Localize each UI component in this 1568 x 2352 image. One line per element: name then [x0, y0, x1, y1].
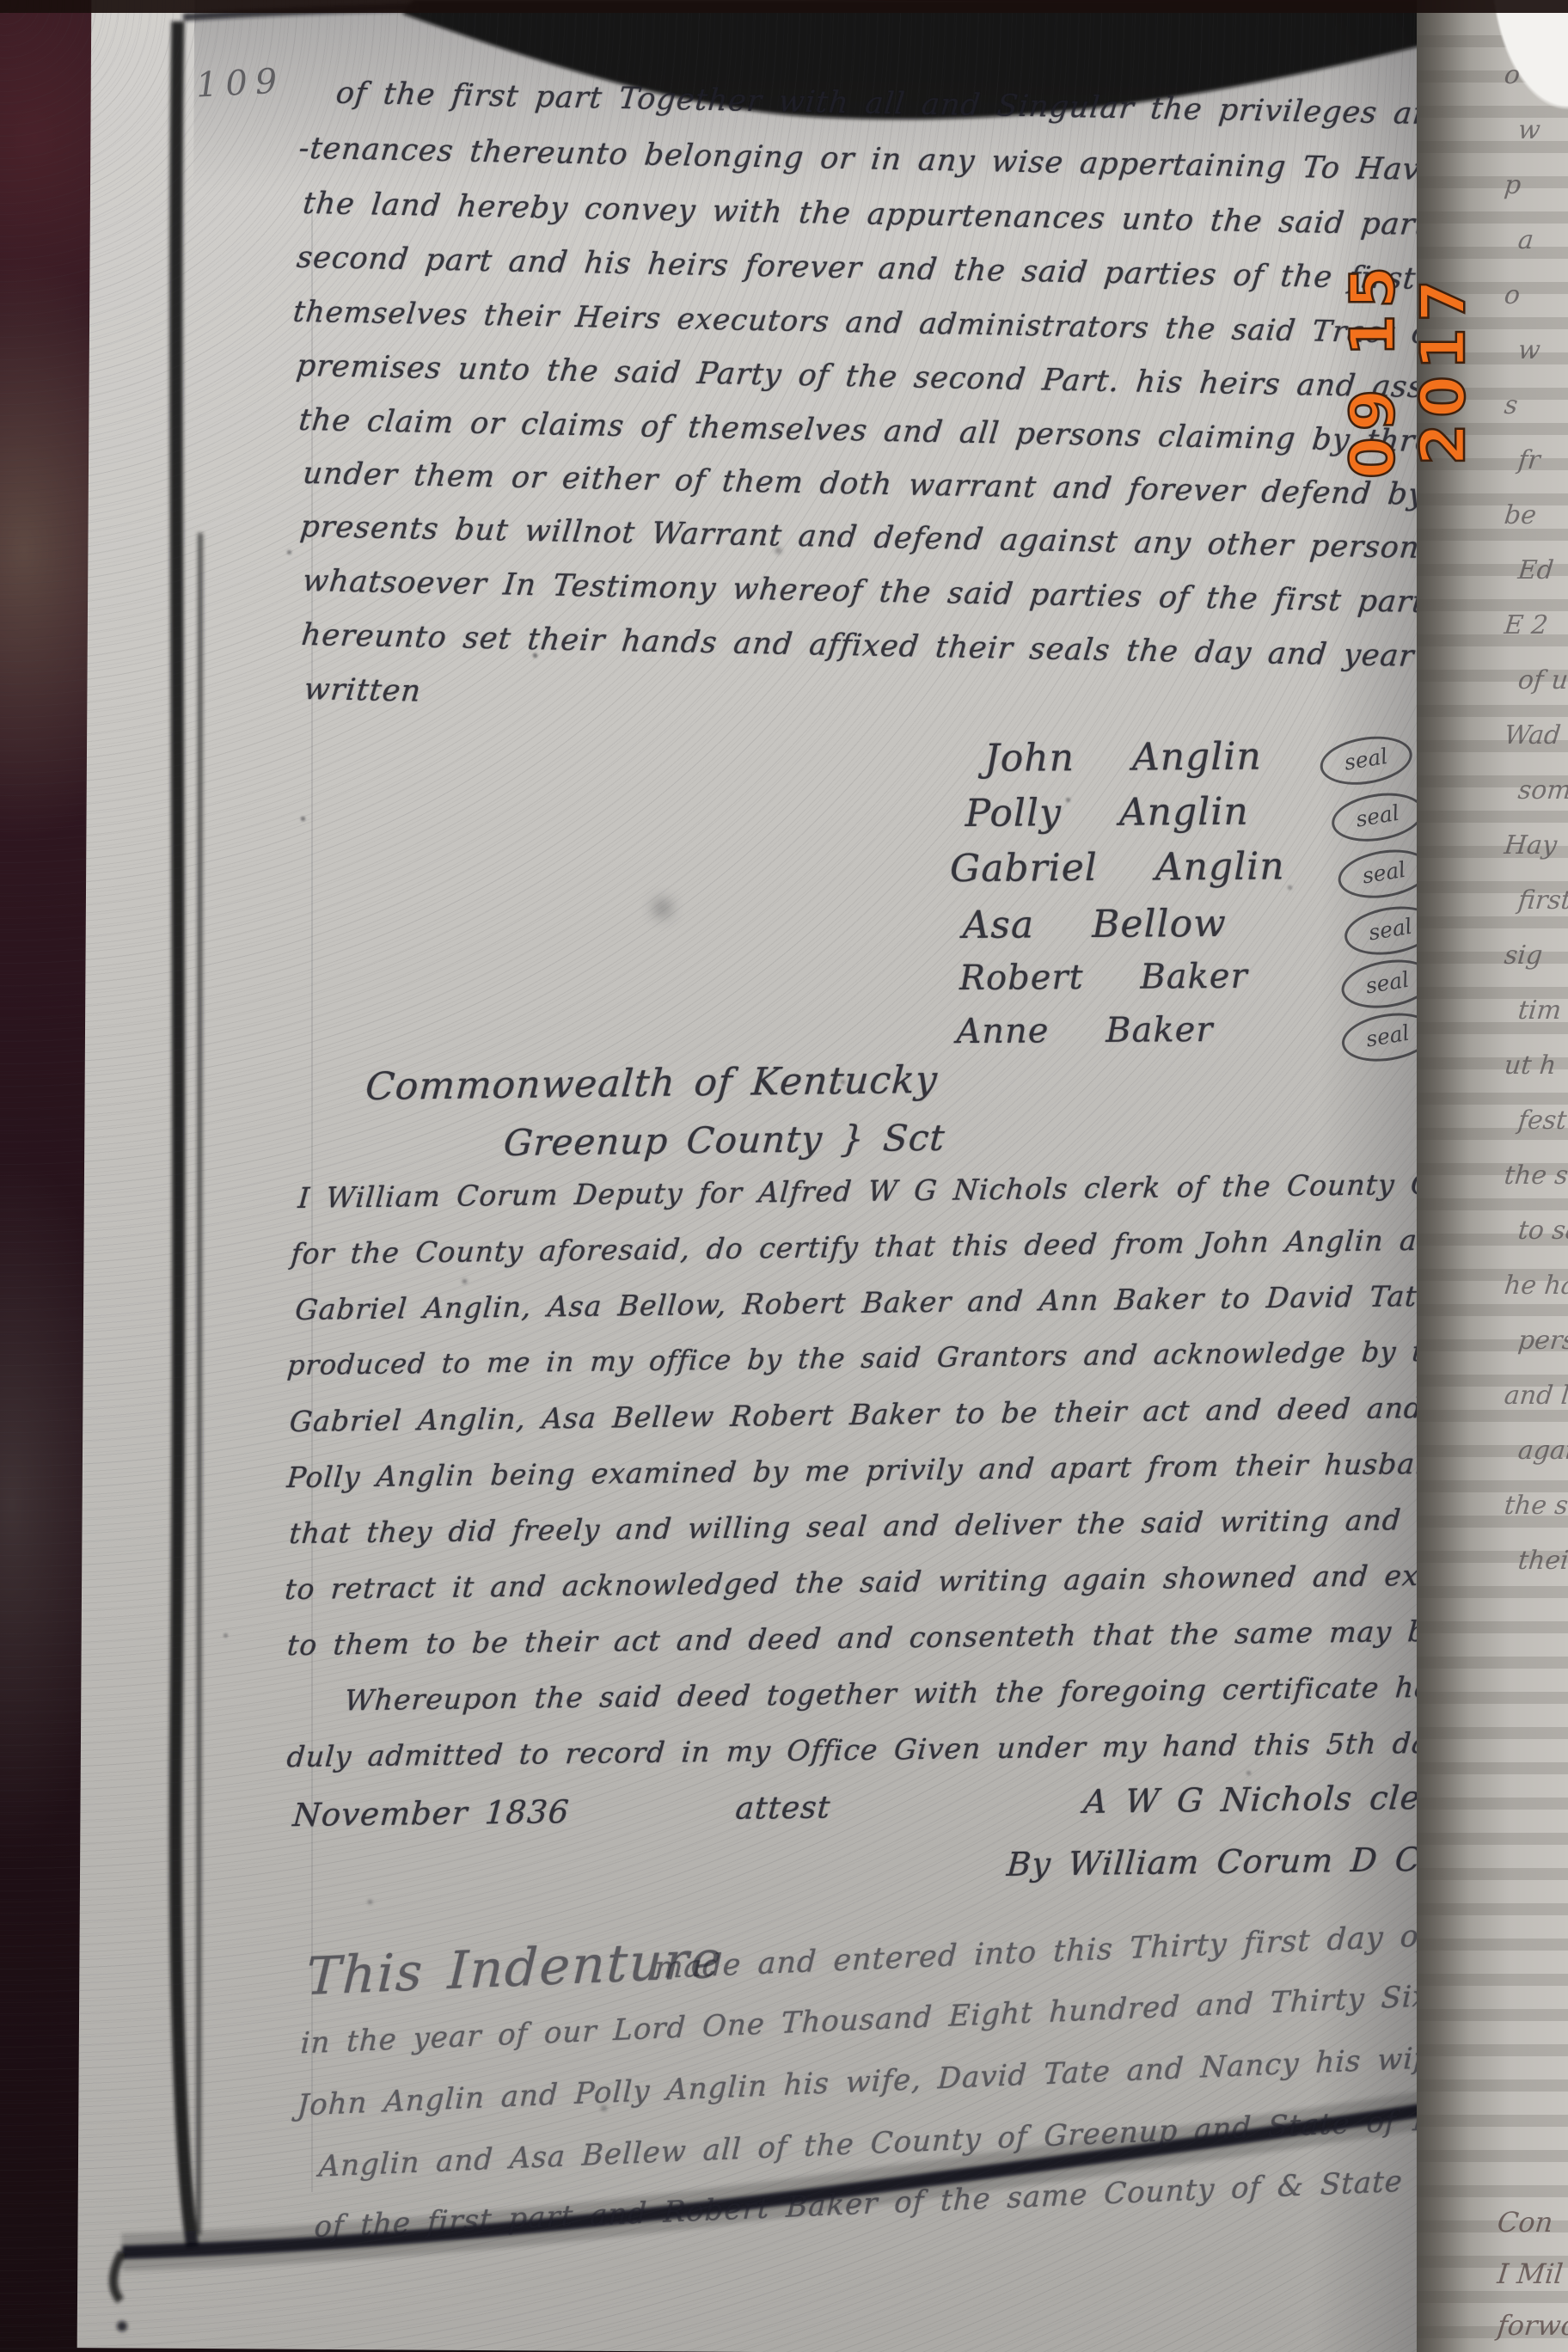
signatory-name: Polly Anglin — [965, 790, 1248, 836]
signatory-name: Gabriel Anglin — [950, 844, 1285, 891]
edge-fragment: the s — [1503, 1161, 1568, 1191]
edge-fragment: som — [1516, 775, 1568, 805]
edge-fragment: first — [1516, 885, 1568, 916]
signature-row: Asa Bellow — [962, 902, 1227, 947]
edge-fragment: Wad — [1503, 720, 1562, 750]
edge-fragment: again — [1516, 1436, 1568, 1466]
deputy-by-line: By William Corum D C — [1006, 1841, 1423, 1883]
signature-row: Anne Baker — [956, 1010, 1213, 1051]
edge-fragment: p — [1503, 170, 1522, 200]
edge-fragment: o — [1503, 60, 1522, 90]
clerk-signature: A W G Nichols clerk — [1082, 1778, 1459, 1820]
edge-fragment: Ed — [1516, 555, 1555, 585]
edge-fragment: and l — [1503, 1381, 1568, 1411]
edge-fragment: to sa — [1516, 1216, 1568, 1246]
deed-line: written — [303, 672, 424, 709]
signature-row: Robert Baker — [959, 957, 1248, 998]
certification-heading: Commonwealth of Kentucky — [364, 1058, 939, 1109]
edge-fragment: fr — [1516, 445, 1541, 475]
edge-fragment: w — [1516, 115, 1541, 145]
edge-fragment: o — [1503, 280, 1522, 310]
edge-fragment: he ha — [1503, 1271, 1568, 1301]
edge-fragment: E 2 — [1503, 610, 1549, 640]
date-stamp: 09 15 2017 — [1338, 172, 1479, 567]
edge-fragment: ut h — [1503, 1050, 1558, 1081]
photo-of-deed-book: 109 of the first part Together with all … — [0, 0, 1568, 2352]
edge-fragment: Hay — [1503, 830, 1559, 861]
edge-fragment: a — [1516, 225, 1535, 255]
left-ink-border — [175, 21, 193, 2247]
certification-date: November 1836 — [291, 1793, 571, 1834]
signatory-name: Robert Baker — [959, 957, 1248, 998]
edge-fragment: be — [1503, 500, 1538, 530]
edge-fragment: their — [1516, 1546, 1568, 1576]
signatory-name: Asa Bellow — [962, 902, 1227, 947]
edge-fragment: I Mil — [1496, 2257, 1565, 2290]
edge-fragment: forwot — [1496, 2309, 1568, 2342]
signatory-name: John Anglin — [984, 735, 1262, 781]
signature-row: Gabriel Anglin — [950, 844, 1285, 891]
signatory-name: Anne Baker — [956, 1010, 1213, 1051]
photo-top-edge — [0, 0, 1568, 13]
certification-county-heading: Greenup County } Sct — [502, 1117, 946, 1164]
edge-fragment: tim — [1516, 995, 1563, 1026]
edge-fragment: sig — [1503, 940, 1544, 971]
edge-fragment: of u — [1516, 665, 1568, 695]
edge-fragment: w — [1516, 335, 1541, 365]
signature-row: John Anglin — [984, 735, 1262, 781]
page-number: 109 — [195, 61, 286, 105]
edge-fragment: fest — [1516, 1106, 1568, 1136]
edge-fragment: the sa — [1503, 1491, 1568, 1521]
signature-row: Polly Anglin — [965, 790, 1248, 836]
attest-label: attest — [734, 1790, 832, 1826]
edge-fragment: Con — [1496, 2206, 1554, 2239]
edge-fragment: person — [1516, 1326, 1568, 1356]
